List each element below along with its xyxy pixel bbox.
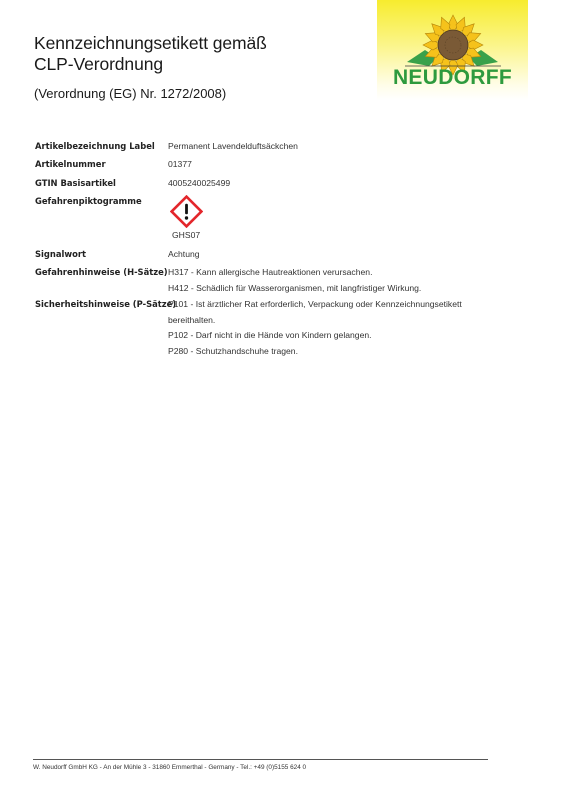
statement-line: H412 - Schädlich für Wasserorganismen, m…: [168, 281, 421, 297]
statement-line: P280 - Schutzhandschuhe tragen.: [168, 344, 298, 360]
statement-line: P101 - Ist ärztlicher Rat erforderlich, …: [168, 297, 462, 313]
field-label: Gefahrenpiktogramme: [35, 194, 142, 210]
neudorff-logo: NEUDORFF: [377, 0, 528, 100]
statement-line: H317 - Kann allergische Hautreaktionen v…: [168, 265, 372, 281]
page-title: Kennzeichnungsetikett gemäß CLP-Verordnu…: [34, 33, 267, 75]
field-label: Artikelnummer: [35, 157, 106, 173]
field-label: GTIN Basisartikel: [35, 176, 116, 192]
brand-name: NEUDORFF: [377, 66, 528, 90]
field-label: Signalwort: [35, 247, 86, 263]
footer-address: W. Neudorff GmbH KG - An der Mühle 3 - 3…: [33, 764, 306, 771]
field-value: 4005240025499: [168, 176, 230, 192]
field-label: Gefahrenhinweise (H-Sätze): [35, 265, 168, 281]
ghs-code: GHS07: [172, 230, 200, 240]
regulation-subtitle: (Verordnung (EG) Nr. 1272/2008): [34, 86, 226, 101]
field-value: 01377: [168, 157, 192, 173]
ghs07-exclamation-icon: [170, 195, 203, 228]
footer-divider: [33, 759, 488, 760]
field-label: Sicherheitshinweise (P-Sätze): [35, 297, 176, 313]
field-value: Permanent Lavendelduftsäckchen: [168, 139, 298, 155]
statement-line: bereithalten.: [168, 313, 215, 329]
field-value: Achtung: [168, 247, 200, 263]
field-label: Artikelbezeichnung Label: [35, 139, 155, 155]
title-line-1: Kennzeichnungsetikett gemäß: [34, 33, 267, 53]
statement-line: P102 - Darf nicht in die Hände von Kinde…: [168, 328, 372, 344]
title-line-2: CLP-Verordnung: [34, 54, 163, 74]
